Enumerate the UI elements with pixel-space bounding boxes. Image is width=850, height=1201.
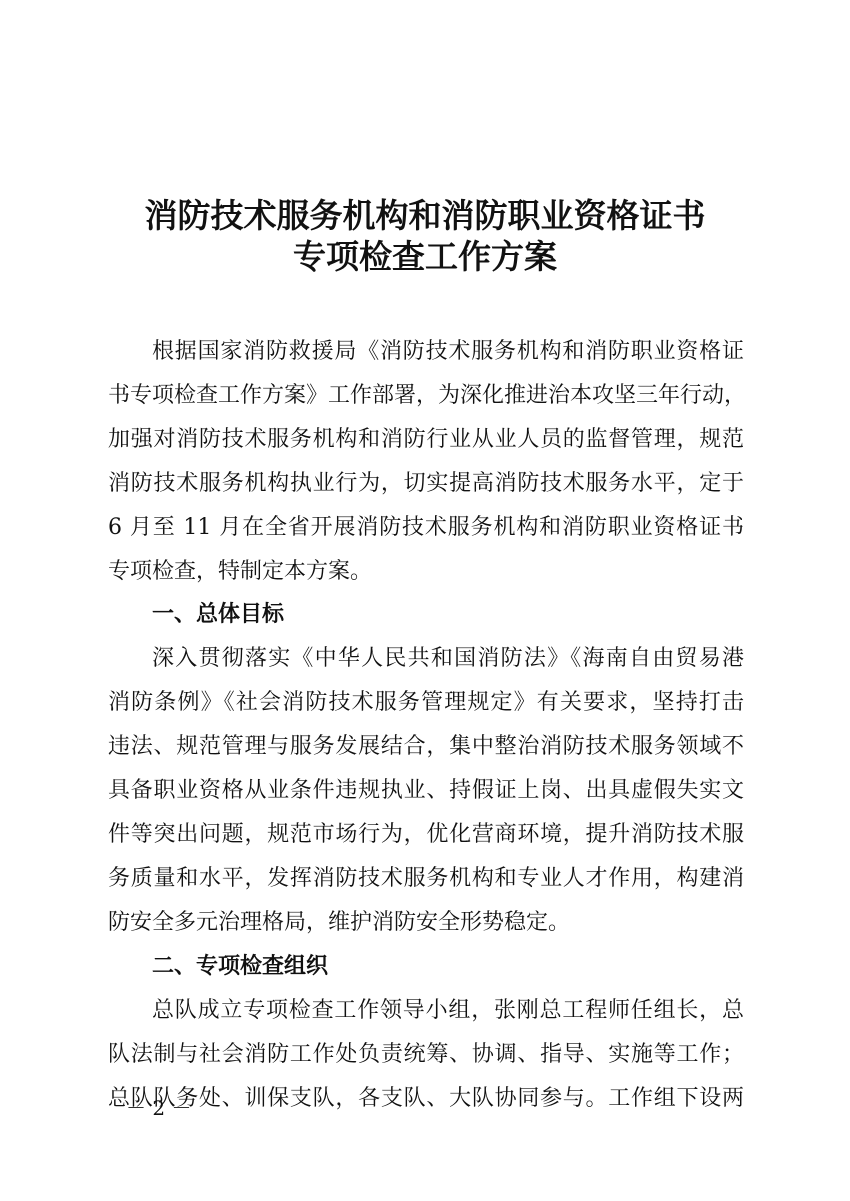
section-2-paragraph-line: 总队队务处、训保支队，各支队、大队协同参与。工作组下设两 [108,1084,744,1114]
section-1-paragraph-line: 件等突出问题，规范市场行为，优化营商环境，提升消防技术服 [108,820,744,850]
section-1-paragraph-line: 务质量和水平，发挥消防技术服务机构和专业人才作用，构建消 [108,864,744,894]
section-1-paragraph-line: 深入贯彻落实《中华人民共和国消防法》《海南自由贸易港 [152,644,744,674]
section-2-paragraph-line: 总队成立专项检查工作领导小组，张刚总工程师任组长，总 [152,996,744,1026]
section-2-paragraph-line: 队法制与社会消防工作处负责统筹、协调、指导、实施等工作； [108,1040,744,1070]
document-title-line-2: 专项检查工作方案 [100,237,750,277]
intro-paragraph-line: 消防技术服务机构执业行为，切实提高消防技术服务水平，定于 [108,469,744,499]
intro-paragraph-line: 专项检查，特制定本方案。 [108,557,744,587]
section-1-paragraph-line: 违法、规范管理与服务发展结合，集中整治消防技术服务领域不 [108,732,744,762]
section-1-paragraph-line: 消防条例》《社会消防技术服务管理规定》有关要求，坚持打击 [108,688,744,718]
intro-paragraph-line: 6 月至 11 月在全省开展消防技术服务机构和消防职业资格证书 [108,513,744,543]
section-1-paragraph-line: 防安全多元治理格局，维护消防安全形势稳定。 [108,908,744,938]
section-1-paragraph-line: 具备职业资格从业条件违规执业、持假证上岗、出具虚假失实文 [108,776,744,806]
intro-paragraph-line: 书专项检查工作方案》工作部署，为深化推进治本攻坚三年行动， [108,381,744,411]
document-title-line-1: 消防技术服务机构和消防职业资格证书 [100,196,750,236]
intro-paragraph-line: 加强对消防技术服务机构和消防行业从业人员的监督管理，规范 [108,425,744,455]
section-heading-overall-goal: 一、总体目标 [152,600,284,630]
page-number: － 2 － [126,1095,191,1121]
intro-paragraph-line: 根据国家消防救援局《消防技术服务机构和消防职业资格证 [152,337,744,367]
section-heading-inspection-organization: 二、专项检查组织 [152,952,328,982]
document-page: 消防技术服务机构和消防职业资格证书 专项检查工作方案 根据国家消防救援局《消防技… [0,0,850,1201]
